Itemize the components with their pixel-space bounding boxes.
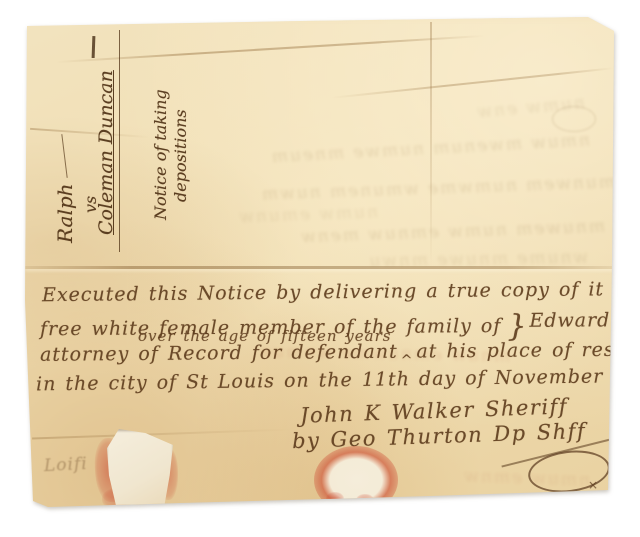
bleedthrough-text: wnume mnuwe mnwu	[308, 248, 588, 273]
paper-sheet: nmuw mwenum numwe mneum munwem numwme wm…	[0, 0, 640, 537]
wax-seal-center-blob2	[356, 494, 374, 507]
plaintiff-name: Ralph	[53, 183, 77, 243]
fold-crease-bottom	[32, 428, 292, 439]
scanned-document-image: nmuw mwenum numwe mneum munwem numwme wm…	[0, 0, 640, 537]
case-caption: Ralph vs Coleman Duncan Notice of taking…	[45, 25, 195, 255]
notice-title-line1: Notice of taking	[151, 89, 170, 220]
body-line-4: in the city of St Louis on the 11th day …	[36, 365, 640, 396]
notice-title-line2: depositions	[171, 109, 190, 202]
wax-seal-left-red3	[102, 488, 136, 510]
bleedthrough-text: numw enw	[424, 93, 585, 127]
bleedthrough-text: numw emunw	[228, 202, 379, 227]
insertion-caret: ^	[401, 353, 414, 369]
body-line-3a: attorney of Record for defendant	[40, 341, 398, 366]
paper-shadow: nmuw mwenum numwe mneum munwem numwme wm…	[0, 0, 640, 537]
wax-seal-left-red2	[158, 448, 178, 500]
body-line-3b: at his place of residence	[416, 338, 640, 362]
bleedthrough-text: nmuw emnw	[440, 465, 591, 490]
body-line-3: attorney of Record for defendant^at his …	[40, 338, 640, 366]
defendant-name: Coleman Duncan	[95, 70, 117, 235]
faint-inscription: Loifi	[44, 454, 89, 476]
attorney-name: Edward Bates	[529, 309, 640, 332]
body-line-1: Executed this Notice by delivering a tru…	[42, 278, 640, 306]
bleedthrough-text: munwem numwme wmunem nuwm	[285, 172, 615, 204]
pen-flourish	[61, 135, 67, 179]
caption-rule	[119, 30, 120, 252]
wax-seal-center-blob1	[326, 492, 344, 506]
wax-seal-center	[314, 446, 398, 514]
bleedthrough-text: nmuw mwenum numwe mneum	[300, 130, 591, 165]
signature-flourish-cross: ×	[588, 478, 599, 492]
